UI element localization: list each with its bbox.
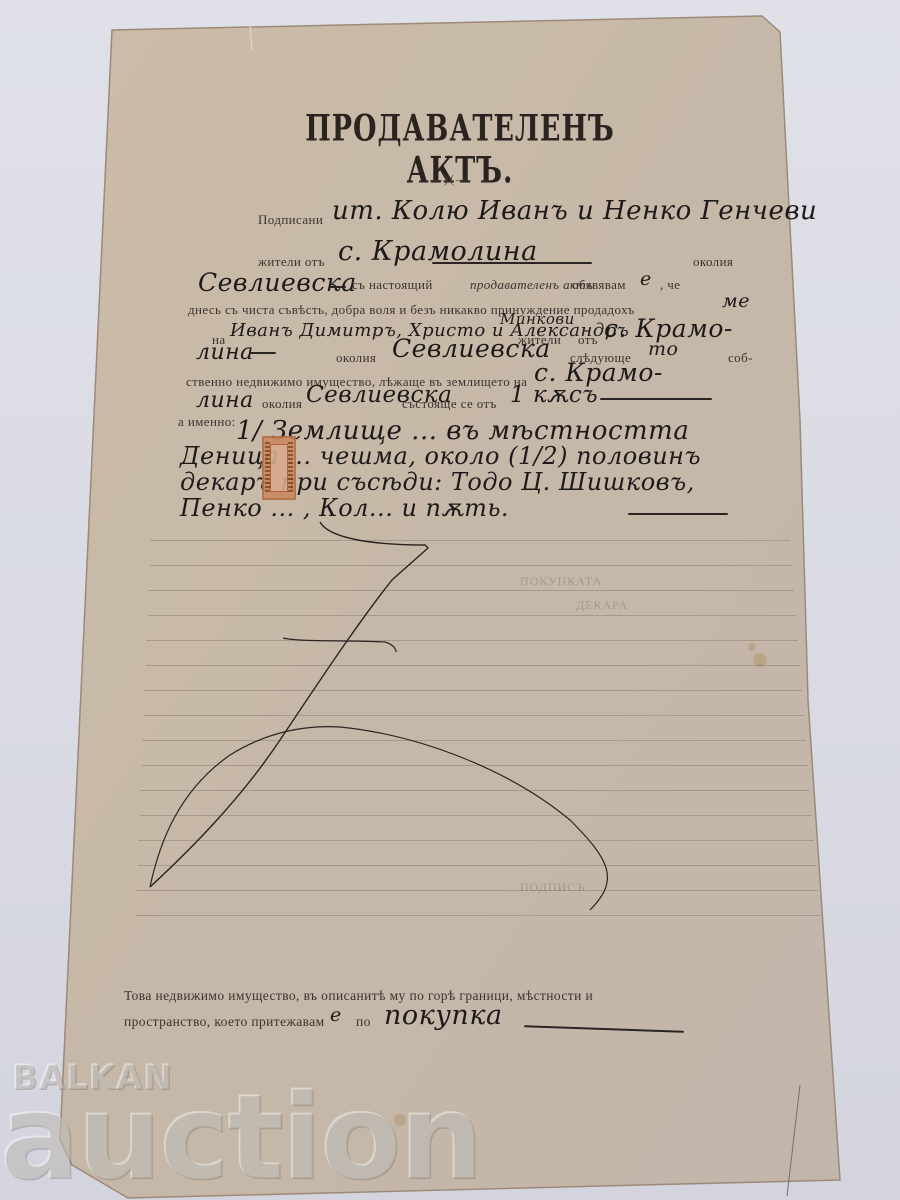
document-sheet: ПРОДАВАТЕЛЕНЪ АКТЪ. —)(— Подписани ит. К… [0,0,900,1200]
acquisition-method: покупка [384,1000,503,1031]
footer-plural-suffix: е [330,1004,342,1026]
footer-line-1: Това недвижимо имущество, въ описанитѣ м… [124,988,593,1004]
footer-printed-owned: пространство, което притежавам [124,1014,325,1030]
watermark-brand-bottom: auction [0,1068,482,1200]
footer-printed-by: по [356,1014,371,1030]
